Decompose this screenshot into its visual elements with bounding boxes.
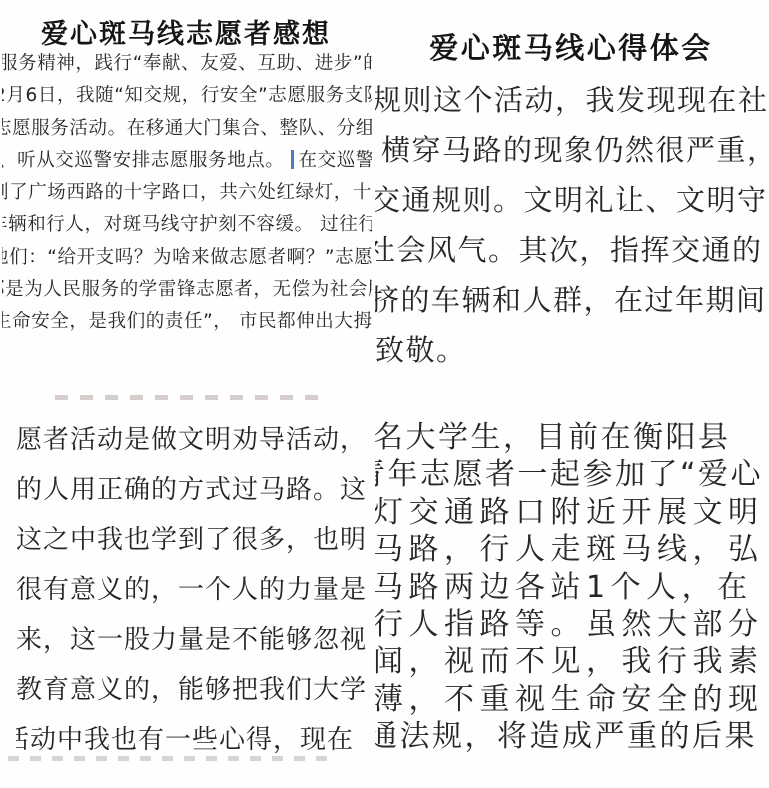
text-line: 愿者活动是做文明劝导活动，: [16, 415, 372, 465]
left-document-title: 爱心斑马线志愿者感想: [0, 12, 372, 51]
text-line: 通法规，将造成严重的后果: [375, 718, 769, 755]
text-line: 青年志愿者一起参加了“爱心: [375, 456, 769, 493]
text-line: 行人指路等。虽然大部分: [375, 606, 769, 643]
text-line: 服务精神，践行“奉献、友爱、互助、进步”的志: [2, 48, 372, 80]
text-line: 薄，不重视生命安全的现: [375, 681, 769, 718]
right-document-title: 爱心斑马线心得体会: [373, 26, 769, 67]
cutoff-text-remnant: [8, 756, 338, 761]
text-line: 的人用正确的方式过马路。这: [16, 465, 372, 515]
right-document-page: 爱心斑马线心得体会 规则这个活动，我发现现在社 横穿马路的现象仍然很严重， 交通…: [373, 0, 769, 788]
cutoff-text-remnant: [55, 395, 327, 400]
text-line: 志愿服务活动。在移通大门集合、整队、分组、: [2, 113, 372, 145]
text-line: 致敬。: [375, 325, 769, 375]
text-line: 挤的车辆和人群，在过年期间: [375, 275, 769, 325]
text-line: 马路两边各站1个人，在: [375, 569, 769, 606]
text-line: 生命安全，是我们的责任”， 市民都伸出大拇指: [2, 306, 372, 338]
text-line: 马路，行人走斑马线，弘: [375, 531, 769, 568]
text-line: 教育意义的，能够把我们大学: [16, 665, 372, 715]
text-line: 灯交通路口附近开展文明: [375, 494, 769, 531]
text-line: 名大学生，目前在衡阳县: [375, 419, 769, 456]
text-line: 这之中我也学到了很多，也明: [16, 515, 372, 565]
text-line: 2月6日，我随“知交规，行安全”志愿服务支队参: [2, 80, 372, 112]
left-document-page: 爱心斑马线志愿者感想 服务精神，践行“奉献、友爱、互助、进步”的志 2月6日，我…: [0, 0, 372, 788]
text-line: 社会风气。其次，指挥交通的: [375, 225, 769, 275]
text-line: 车辆和行人，对斑马线守护刻不容缓。 过往行人: [2, 209, 372, 241]
left-paragraph-1: 服务精神，践行“奉献、友爱、互助、进步”的志 2月6日，我随“知交规，行安全”志…: [2, 48, 372, 339]
right-paragraph-1: 规则这个活动，我发现现在社 横穿马路的现象仍然很严重， 交通规则。文明礼让、文明…: [375, 75, 769, 375]
left-paragraph-2: 愿者活动是做文明劝导活动， 的人用正确的方式过马路。这 这之中我也学到了很多，也…: [16, 415, 372, 765]
text-line: 来，这一股力量是不能够忽视: [16, 615, 372, 665]
text-line: 很有意义的，一个人的力量是: [16, 565, 372, 615]
text-cursor-mark: [291, 150, 294, 169]
text-line: 闻，视而不见，我行我素: [375, 643, 769, 680]
text-line: 都是为人民服务的学雷锋志愿者，无偿为社会服: [2, 274, 372, 306]
text-line: 规则这个活动，我发现现在社: [375, 75, 769, 125]
text-line: 横穿马路的现象仍然很严重，: [375, 125, 769, 175]
right-paragraph-2: 名大学生，目前在衡阳县 青年志愿者一起参加了“爱心 灯交通路口附近开展文明 马路…: [375, 419, 769, 756]
text-line-with-cursor: 、听从交巡警安排志愿服务地点。在交巡警: [2, 145, 372, 177]
text-line: 到了广场西路的十字路口，共六处红绿灯，十字: [2, 177, 372, 209]
text-line: 他们：“给开支吗？为啥来做志愿者啊？”志愿者: [2, 242, 372, 274]
text-line: 交通规则。文明礼让、文明守: [375, 175, 769, 225]
